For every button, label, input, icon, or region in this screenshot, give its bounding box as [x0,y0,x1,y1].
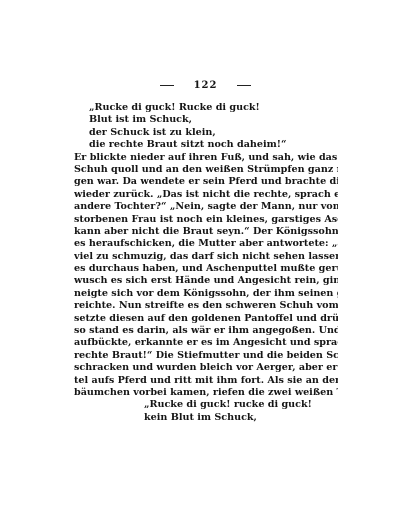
prose-line: kann aber nicht die Braut seyn.“ Der Kön… [74,226,338,238]
prose-line: bäumchen vorbei kamen, riefen die zwei w… [74,387,338,399]
prose-line: es heraufschicken, die Mutter aber antwo… [74,238,338,250]
prose-line: es durchaus haben, und Aschenputtel mußt… [74,263,338,275]
header-dash-right [237,85,251,87]
prose-line: Schuh quoll und an den weißen Strümpfen … [74,164,338,176]
prose-line: storbenen Frau ist noch ein kleines, gar… [74,214,338,226]
prose-line: schracken und wurden bleich vor Aerger, … [74,362,338,374]
prose-line: setzte diesen auf den goldenen Pantoffel… [74,313,338,325]
verse-line: Blut ist im Schuck, [74,114,338,126]
prose-line: andere Tochter?“ „Nein, sagte der Mann, … [74,201,338,213]
header-dash-left [160,85,174,87]
page-header: 122 [0,80,411,96]
page-number: 122 [194,80,218,91]
prose-line: aufbückte, erkannte er es im Angesicht u… [74,337,338,349]
prose-line: wieder zurück. „Das ist nicht die rechte… [74,189,338,201]
verse-line: der Schuck ist zu klein, [74,127,338,139]
prose-line: reichte. Nun streifte es den schweren Sc… [74,300,338,312]
verse-line: kein Blut im Schuck, [74,412,338,424]
prose-line: tel aufs Pferd und ritt mit ihm fort. Al… [74,375,338,387]
prose-line: gen war. Da wendete er sein Pferd und br… [74,176,338,188]
page-body: „Rucke di guck! Rucke di guck! Blut ist … [74,102,338,424]
prose-line: wusch es sich erst Hände und Angesicht r… [74,275,338,287]
prose-line: neigte sich vor dem Königssohn, der ihm … [74,288,338,300]
verse-line: die rechte Braut sitzt noch daheim!“ [74,139,338,151]
verse-line: „Rucke di guck! rucke di guck! [74,399,338,411]
verse-line: „Rucke di guck! Rucke di guck! [74,102,338,114]
prose-line: so stand es darin, als wär er ihm angego… [74,325,338,337]
prose-line: rechte Braut!“ Die Stiefmutter und die b… [74,350,338,362]
prose-line: viel zu schmuzig, das darf sich nicht se… [74,251,338,263]
prose-line: Er blickte nieder auf ihren Fuß, und sah… [74,152,338,164]
